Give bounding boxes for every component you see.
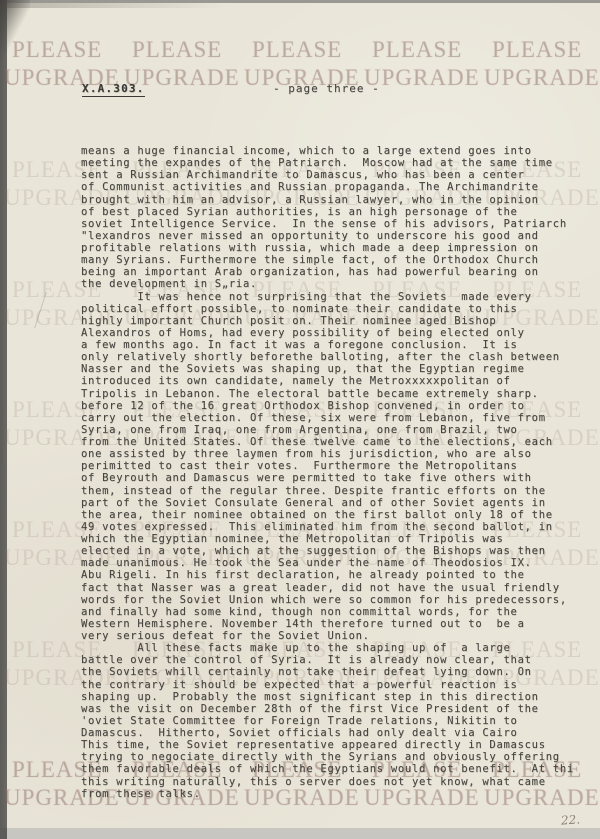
scan-edge-bottom: [0, 828, 600, 839]
document-scan: PLEASEPLEASEPLEASEPLEASEPLEASEUPGRADEUPG…: [0, 0, 600, 839]
doc-reference: X.A.303.: [82, 82, 145, 97]
scan-edge-top: [7, 3, 227, 8]
watermark-text: UPGRADE: [484, 66, 600, 89]
document-page: PLEASEPLEASEPLEASEPLEASEPLEASEUPGRADEUPG…: [7, 3, 600, 828]
watermark-text: UPGRADE: [364, 66, 480, 89]
document-body-text: means a huge financial income, which to …: [81, 145, 574, 800]
page-header-label: - page three -: [273, 82, 380, 95]
handwritten-page-number: 22.: [561, 812, 581, 827]
page-corner-shadow: [0, 0, 30, 64]
watermark-text: PLEASE: [372, 38, 462, 61]
watermark-text: PLEASE: [132, 38, 222, 61]
watermark-text: PLEASE: [252, 38, 342, 61]
paper-crease-mark: [34, 292, 47, 328]
watermark-text: PLEASE: [492, 38, 582, 61]
